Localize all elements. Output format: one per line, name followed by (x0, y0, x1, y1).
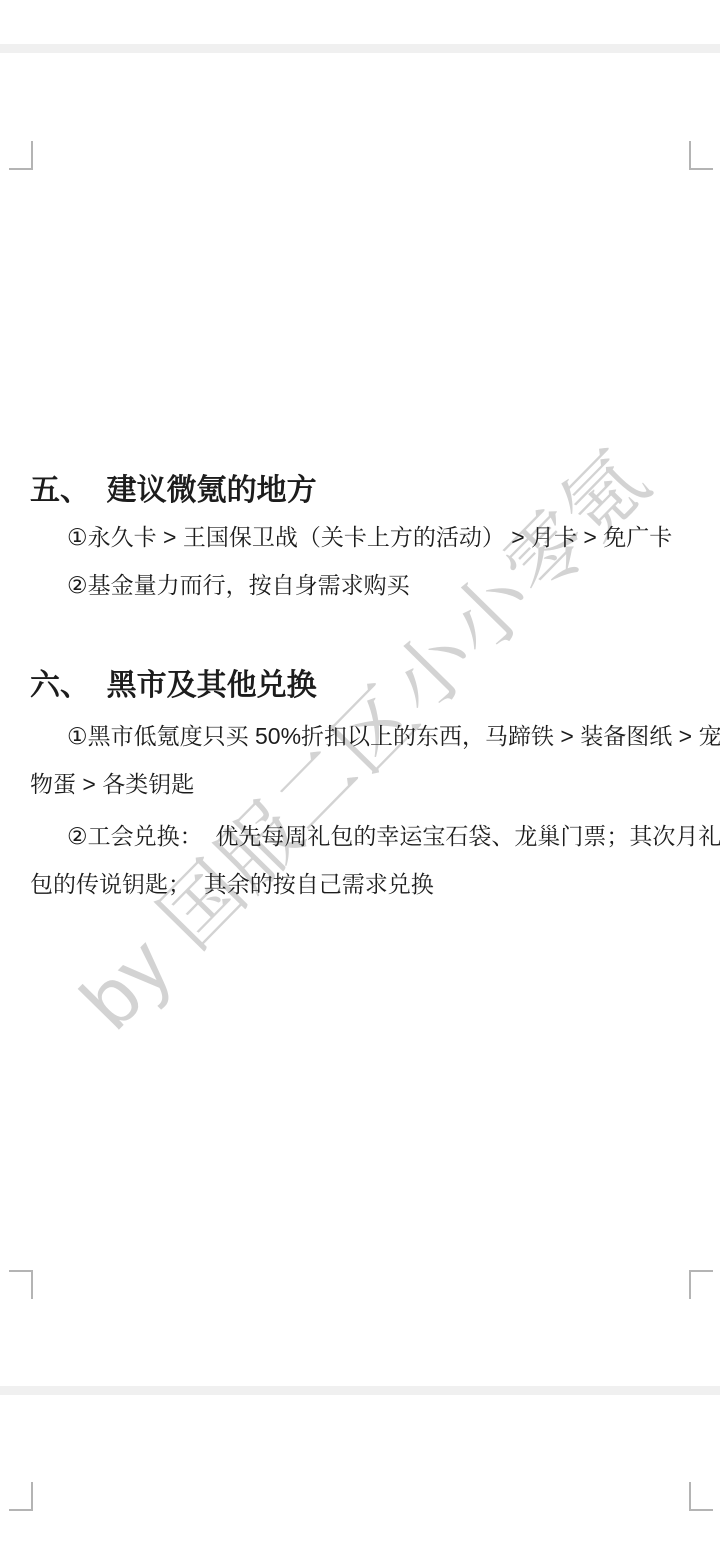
page-separator-top (0, 44, 720, 53)
page-separator-bottom (0, 1386, 720, 1395)
paragraph: ②基金量力而行，按自身需求购买 (30, 561, 692, 609)
paragraph-line: 物蛋 > 各类钥匙 (30, 760, 692, 808)
paragraph: ②工会兑换： 优先每周礼包的幸运宝石袋、龙巢门票；其次月礼 包的传说钥匙； 其余… (30, 812, 692, 908)
paragraph-line: ②基金量力而行，按自身需求购买 (30, 561, 692, 609)
paragraph-line: 包的传说钥匙； 其余的按自己需求兑换 (30, 860, 692, 908)
section-heading-6: 六、 黑市及其他兑换 (30, 668, 317, 704)
section-heading-5: 五、 建议微氪的地方 (30, 473, 317, 509)
margin-mark-bottom-right (689, 1270, 713, 1299)
next-page-margin-mark-top-right (689, 1482, 713, 1511)
paragraph: ①永久卡 > 王国保卫战（关卡上方的活动） > 月卡 > 免广卡 (30, 513, 692, 561)
paragraph-line: ①永久卡 > 王国保卫战（关卡上方的活动） > 月卡 > 免广卡 (30, 513, 692, 561)
paragraph-line: ②工会兑换： 优先每周礼包的幸运宝石袋、龙巢门票；其次月礼 (30, 812, 692, 860)
margin-mark-top-right (689, 141, 713, 170)
document-scroll-view[interactable]: by 国服二区小小零氪 五、 建议微氪的地方 ①永久卡 > 王国保卫战（关卡上方… (0, 0, 720, 1560)
next-page-margin-mark-top-left (9, 1482, 33, 1511)
paragraph: ①黑市低氪度只买 50%折扣以上的东西，马蹄铁 > 装备图纸 > 宠 物蛋 > … (30, 712, 692, 808)
paragraph-line: ①黑市低氪度只买 50%折扣以上的东西，马蹄铁 > 装备图纸 > 宠 (30, 712, 692, 760)
margin-mark-top-left (9, 141, 33, 170)
margin-mark-bottom-left (9, 1270, 33, 1299)
